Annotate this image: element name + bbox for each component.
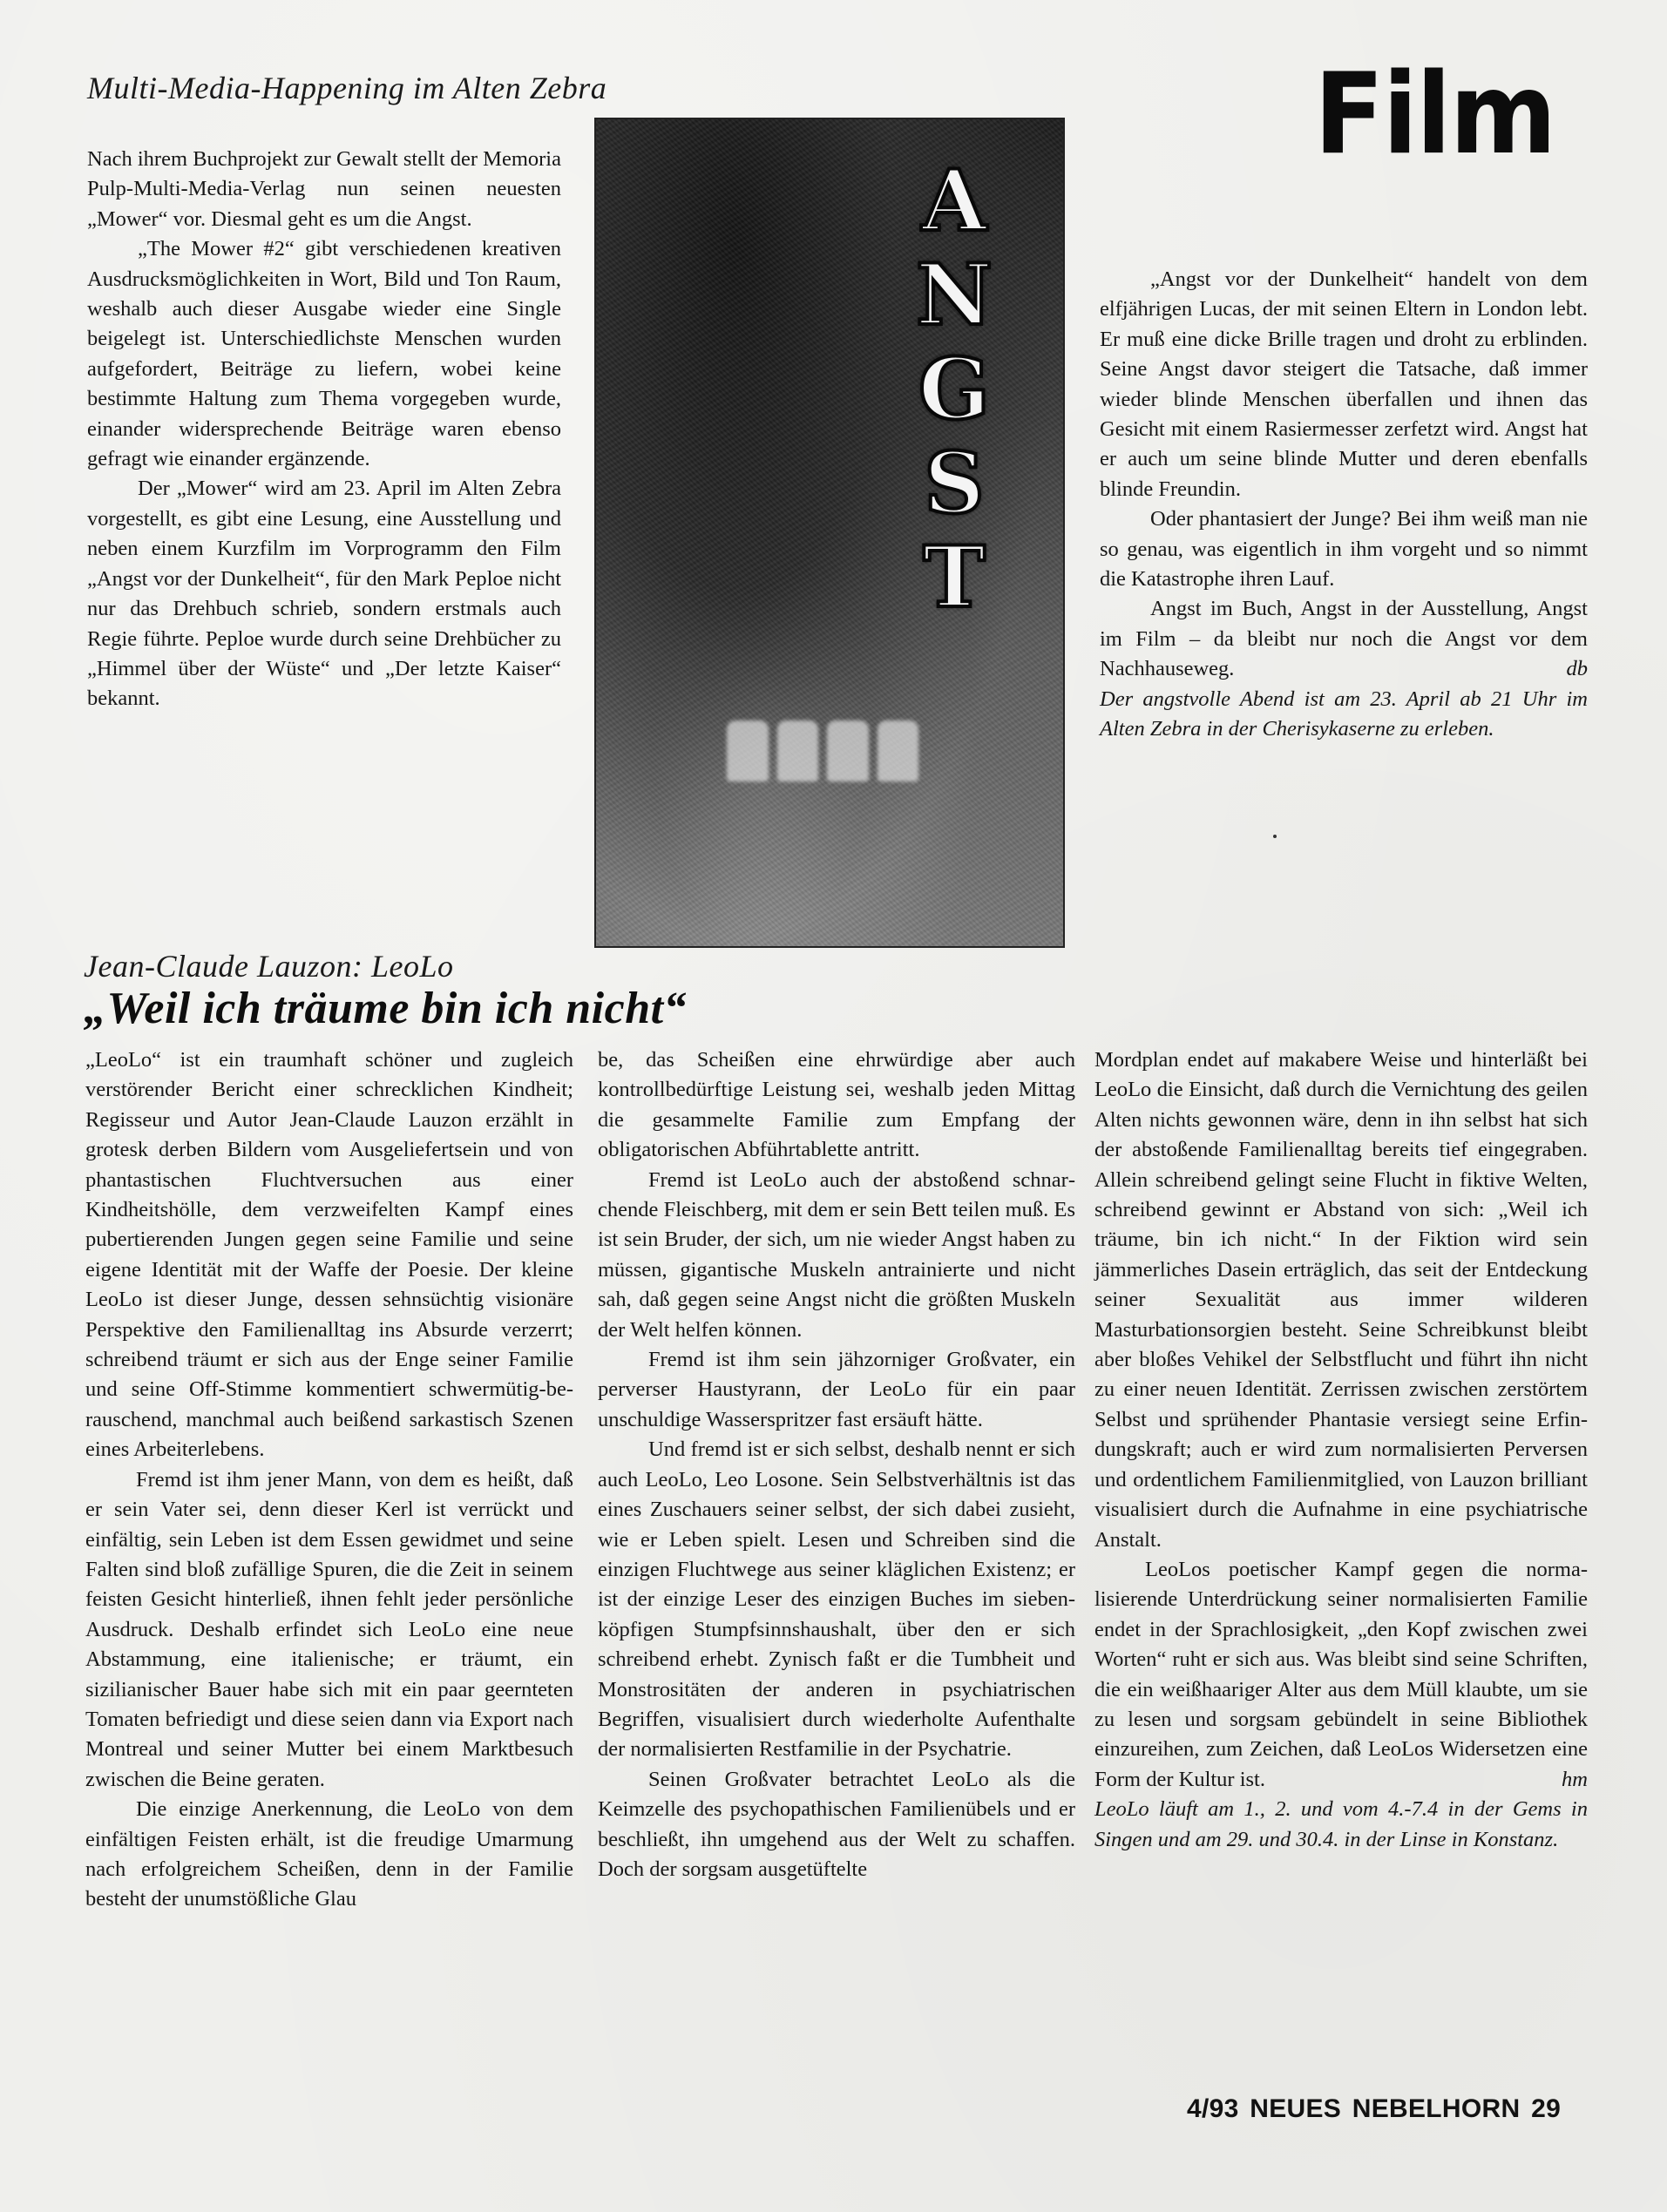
article1-column-1: Nach ihrem Buchprojekt zur Gewalt stellt… — [87, 145, 561, 714]
article2-kicker: Jean-Claude Lauzon: LeoLo — [84, 948, 453, 984]
paragraph: „The Mower #2“ gibt verschiedenen kreati… — [87, 234, 561, 474]
poster-letter: G — [918, 342, 990, 436]
magazine-page: Film Multi-Media-Happening im Alten Zebr… — [0, 0, 1667, 2212]
poster-letter: T — [923, 531, 985, 625]
paragraph: Oder phantasiert der Junge? Bei ihm weiß… — [1100, 504, 1588, 594]
article2-headline: „Weil ich träume bin ich nicht“ — [84, 986, 687, 1032]
page-number: 29 — [1531, 2094, 1561, 2123]
event-info: Der angstvolle Abend ist am 23. April ab… — [1100, 685, 1588, 745]
article2-column-1: „LeoLo“ ist ein traumhaft schöner und zu… — [85, 1045, 573, 1915]
article1-kicker: Multi-Media-Happening im Alten Zebra — [87, 70, 606, 106]
film-poster-image: A N G S T — [594, 118, 1065, 948]
paragraph-text: Angst im Buch, Angst in der Ausstellung,… — [1100, 597, 1588, 680]
screening-info: LeoLo läuft am 1., 2. und vom 4.-7.4 in … — [1094, 1795, 1588, 1855]
article2-column-2: be, das Scheißen eine ehrwürdige aber au… — [598, 1045, 1075, 1884]
poster-title-angst: A N G S T — [915, 154, 993, 625]
poster-letter: S — [924, 436, 984, 531]
paragraph: Mordplan endet auf makabere Weise und hi… — [1094, 1045, 1588, 1555]
paragraph: Die einzige Anerkennung, die LeoLo von d… — [85, 1795, 573, 1915]
paragraph: „Angst vor der Dunkelheit“ handelt von d… — [1100, 265, 1588, 504]
paragraph: Seinen Großvater betrachtet LeoLo als di… — [598, 1765, 1075, 1885]
poster-letter: A — [922, 154, 986, 248]
paragraph: Der „Mower“ wird am 23. April im Alten Z… — [87, 474, 561, 714]
paragraph: be, das Scheißen eine ehrwürdige aber au… — [598, 1045, 1075, 1166]
paragraph: Angst im Buch, Angst in der Ausstellung,… — [1100, 594, 1588, 684]
paragraph: Fremd ist LeoLo auch der abstoßend schna… — [598, 1166, 1075, 1345]
paragraph: LeoLos poetischer Kampf gegen die norma­… — [1094, 1555, 1588, 1795]
author-initials: hm — [1511, 1765, 1588, 1795]
print-speck — [1273, 835, 1277, 838]
article2-column-3: Mordplan endet auf makabere Weise und hi… — [1094, 1045, 1588, 1855]
paragraph: Fremd ist ihm jener Mann, von dem es hei… — [85, 1465, 573, 1795]
author-initials: db — [1516, 654, 1589, 684]
issue-number: 4/93 — [1187, 2094, 1239, 2123]
poster-letter: N — [916, 248, 993, 342]
magazine-name: NEUES NEBELHORN — [1250, 2094, 1520, 2123]
page-footer: 4/93 NEUES NEBELHORN 29 — [1187, 2094, 1561, 2124]
paragraph: Nach ihrem Buchprojekt zur Gewalt stellt… — [87, 145, 561, 234]
paragraph: Fremd ist ihm sein jähzorniger Großvater… — [598, 1345, 1075, 1435]
article1-column-2: „Angst vor der Dunkelheit“ handelt von d… — [1100, 265, 1588, 745]
paragraph-text: LeoLos poetischer Kampf gegen die norma­… — [1094, 1558, 1588, 1791]
paragraph: „LeoLo“ ist ein traumhaft schöner und zu… — [85, 1045, 573, 1465]
paragraph: Und fremd ist er sich selbst, deshalb ne… — [598, 1435, 1075, 1764]
section-title: Film — [1314, 59, 1555, 171]
teeth-shape — [727, 720, 918, 781]
